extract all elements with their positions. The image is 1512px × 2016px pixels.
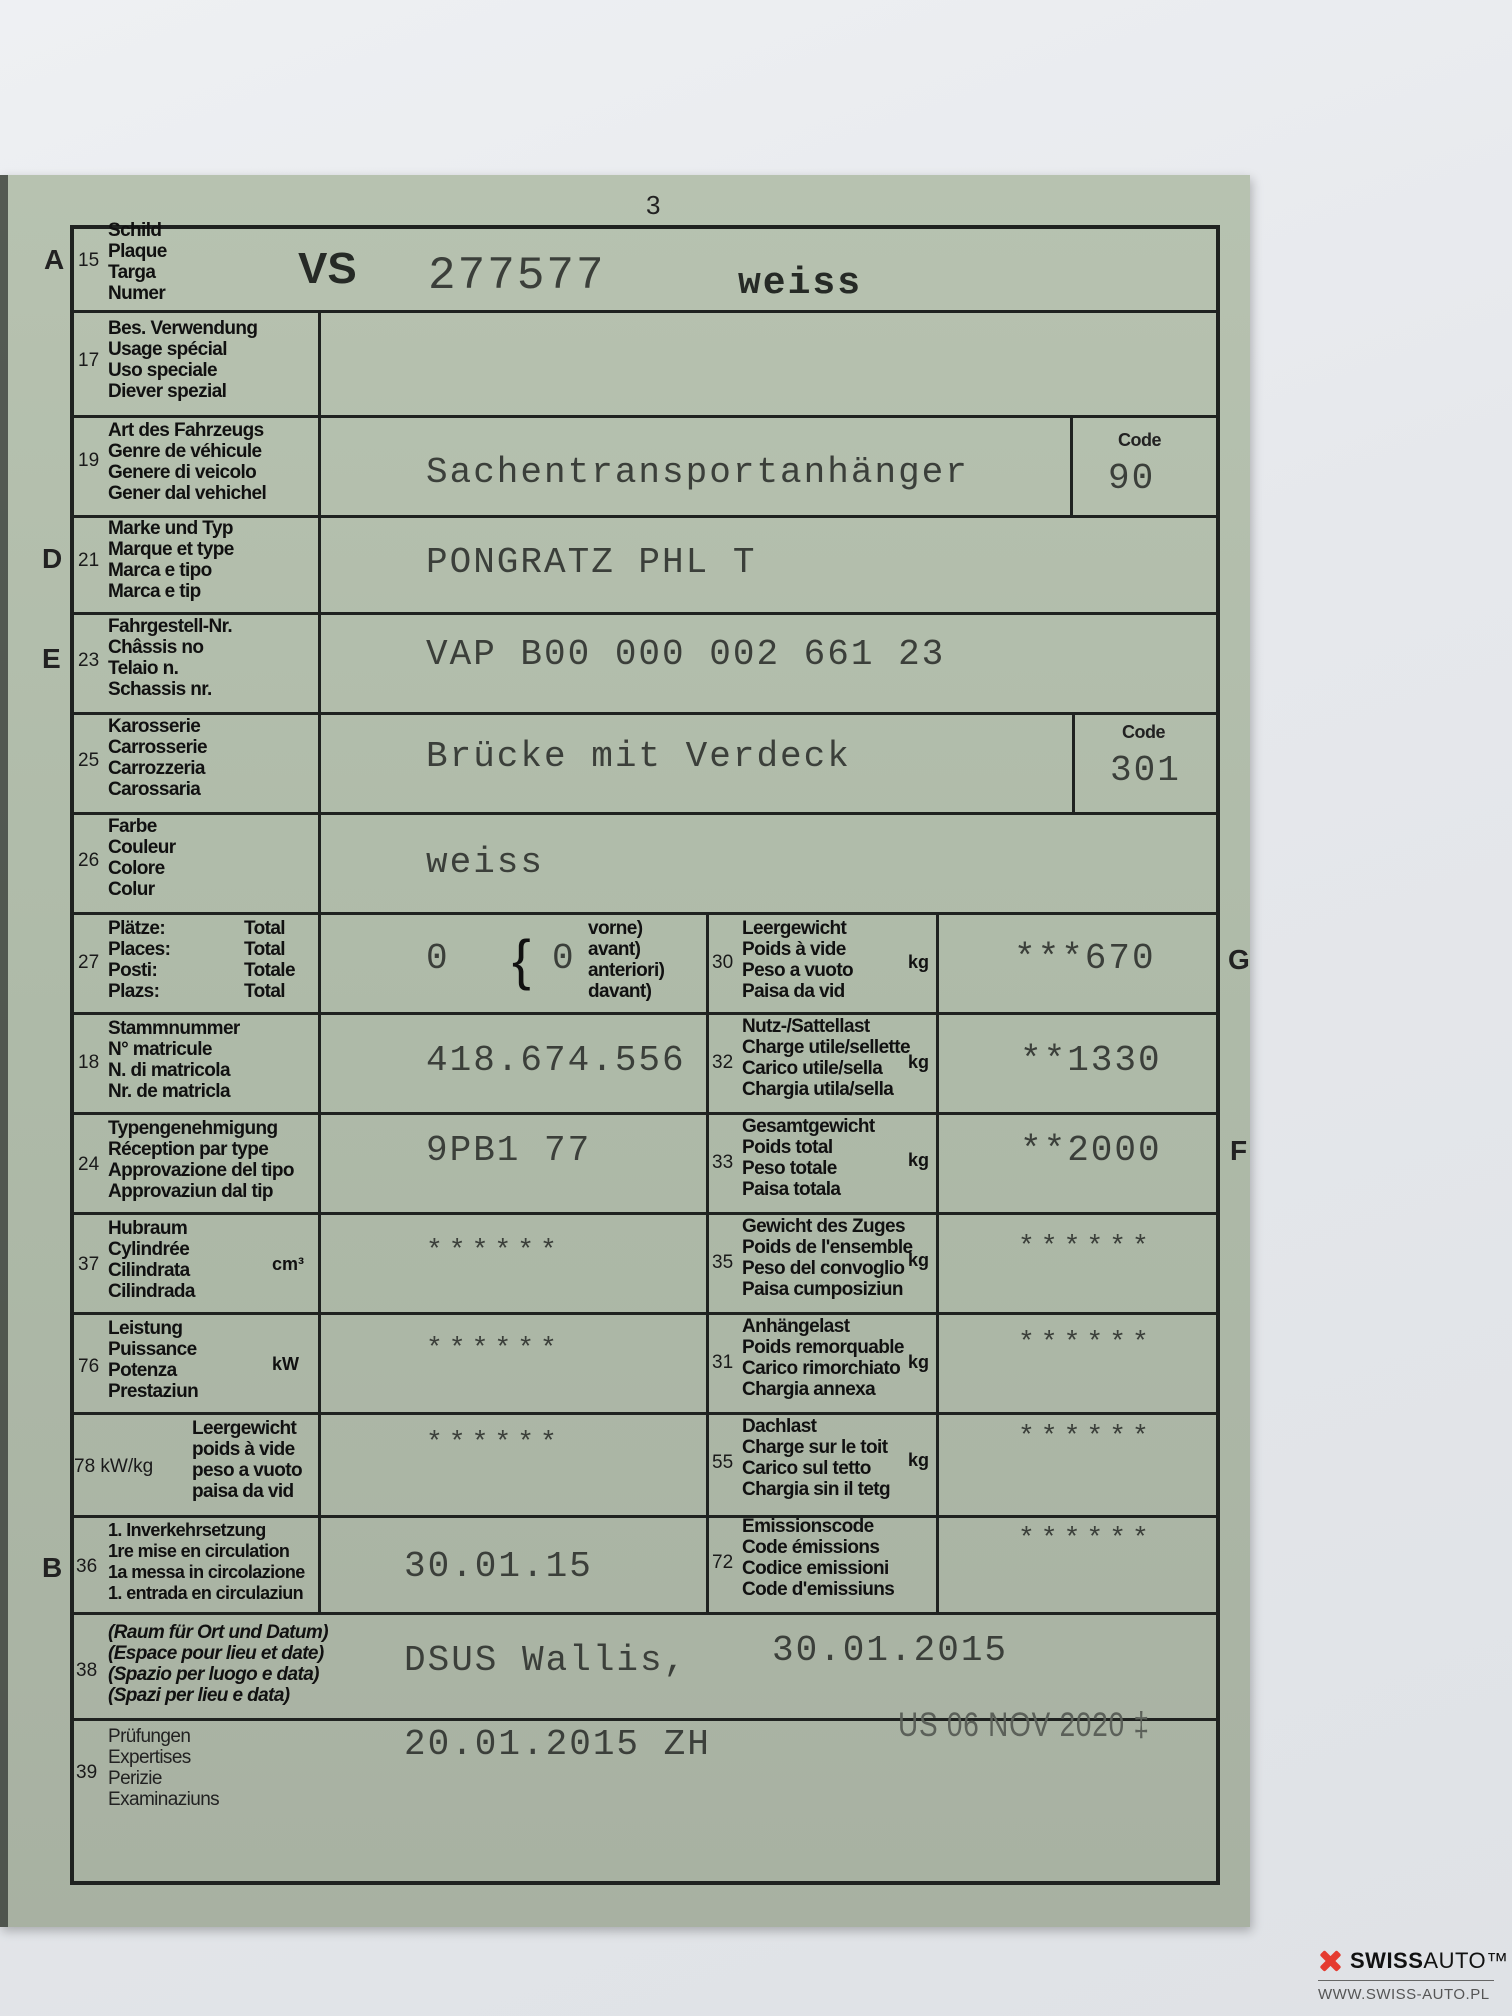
field-number: 25	[78, 750, 99, 772]
row-divider	[70, 1212, 1220, 1215]
chassis-number-value: VAP B00 000 002 661 23	[426, 634, 945, 675]
row-divider	[70, 1312, 1220, 1315]
field-27-front-label: vorne)avant)anteriori)davant)	[588, 918, 664, 1002]
type-approval-value: 9PB1 77	[426, 1130, 591, 1171]
inspection-value: 20.01.2015 ZH	[404, 1724, 711, 1765]
brand-divider	[1318, 1980, 1494, 1981]
field-number: 39	[76, 1762, 97, 1784]
vehicle-type-code: 90	[1108, 458, 1155, 499]
row-divider	[70, 415, 1220, 418]
issue-date-value: 30.01.2015	[772, 1630, 1008, 1671]
roof-load-value: ******	[1018, 1422, 1155, 1453]
seats-front-value: 0	[552, 938, 576, 979]
field-19-label: Art des FahrzeugsGenre de véhiculeGenere…	[108, 420, 266, 504]
row-divider	[70, 1112, 1220, 1115]
field-number: 35	[712, 1252, 733, 1274]
row-divider	[70, 1612, 1220, 1615]
side-letter-b: B	[42, 1552, 62, 1584]
field-number: 31	[712, 1352, 733, 1374]
field-number: 18	[78, 1052, 99, 1074]
field-21-label: Marke und TypMarque et typeMarca e tipoM…	[108, 518, 234, 602]
body-type-value: Brücke mit Verdeck	[426, 736, 851, 777]
body-type-code: 301	[1110, 750, 1181, 791]
unit-label: kg	[908, 1052, 929, 1073]
swissauto-logo: SWISSAUTO™	[1318, 1948, 1509, 1974]
empty-weight-value: ***670	[1014, 938, 1156, 979]
field-number: 33	[712, 1152, 733, 1174]
plate-number: 277577	[428, 250, 606, 302]
row-divider	[70, 1412, 1220, 1415]
row-divider	[70, 812, 1220, 815]
registration-number-value: 418.674.556	[426, 1040, 686, 1081]
field-number: 17	[78, 350, 99, 372]
field-number: 24	[78, 1154, 99, 1176]
field-55-label: DachlastCharge sur le toitCarico sul tet…	[742, 1416, 890, 1500]
unit-label: kW	[272, 1354, 299, 1375]
side-letter-e: E	[42, 643, 61, 675]
unit-label: kg	[908, 952, 929, 973]
previous-page-edge	[0, 175, 8, 1927]
field-32-label: Nutz-/SattellastCharge utile/selletteCar…	[742, 1016, 910, 1100]
field-23-label: Fahrgestell-Nr.Châssis noTelaio n.Schass…	[108, 616, 232, 700]
field-76-label: LeistungPuissancePotenzaPrestaziun	[108, 1318, 198, 1402]
field-15-label: SchildPlaqueTargaNumer	[108, 220, 167, 304]
code-label: Code	[1118, 430, 1161, 451]
emission-code-value: ******	[1018, 1524, 1155, 1555]
right-label-divider	[936, 912, 939, 1615]
row-divider	[70, 712, 1220, 715]
side-letter-a: A	[44, 244, 64, 276]
side-letter-f: F	[1230, 1135, 1247, 1167]
unit-label: kg	[908, 1250, 929, 1271]
field-number: 23	[78, 650, 99, 672]
row-divider	[70, 310, 1220, 313]
code-column-divider	[1072, 712, 1075, 812]
field-33-label: GesamtgewichtPoids totalPeso totalePaisa…	[742, 1116, 875, 1200]
power-value: ******	[426, 1334, 563, 1365]
unit-label: cm³	[272, 1254, 304, 1275]
make-type-value: PONGRATZ PHL T	[426, 542, 756, 583]
row-divider	[70, 1515, 1220, 1518]
brace: {	[512, 912, 530, 1008]
field-36-label: 1. Inverkehrsetzung1re mise en circulati…	[108, 1520, 305, 1604]
field-27-total-label: TotalTotalTotaleTotal	[244, 918, 295, 1002]
payload-value: **1330	[1020, 1040, 1162, 1081]
unit-label: kg	[908, 1450, 929, 1471]
row-divider	[70, 612, 1220, 615]
field-number: 78 kW/kg	[74, 1456, 153, 1478]
field-37-label: HubraumCylindréeCilindrataCilindrada	[108, 1218, 195, 1302]
side-letter-d: D	[42, 543, 62, 575]
field-38-label: (Raum für Ort und Datum)(Espace pour lie…	[108, 1622, 328, 1706]
field-18-label: StammnummerN° matriculeN. di matricolaNr…	[108, 1018, 240, 1102]
first-registration-value: 30.01.15	[404, 1546, 593, 1587]
field-number: 15	[78, 250, 99, 272]
plate-color: weiss	[738, 262, 862, 305]
color-value: weiss	[426, 842, 544, 883]
field-24-label: TypengenehmigungRéception par typeApprov…	[108, 1118, 294, 1202]
field-25-label: KarosserieCarrosserieCarrozzeriaCarossar…	[108, 716, 207, 800]
field-27-label: Plätze:Places:Posti:Plazs:	[108, 918, 170, 1002]
row-divider	[70, 912, 1220, 915]
inspection-stamp: US 06 NOV 2020 ‡	[898, 1706, 1150, 1745]
row-divider	[70, 1012, 1220, 1015]
mid-column-divider	[706, 912, 709, 1615]
field-number: 38	[76, 1660, 97, 1682]
side-letter-g: G	[1228, 944, 1250, 976]
field-number: 30	[712, 952, 733, 974]
field-number: 32	[712, 1052, 733, 1074]
field-number: 26	[78, 850, 99, 872]
field-26-label: FarbeCouleurColoreColur	[108, 816, 176, 900]
field-number: 36	[76, 1556, 97, 1578]
brand-name: SWISSAUTO™	[1350, 1948, 1509, 1974]
field-number: 72	[712, 1552, 733, 1574]
field-number: 21	[78, 550, 99, 572]
issue-place-value: DSUS Wallis,	[404, 1640, 687, 1681]
total-weight-value: **2000	[1020, 1130, 1162, 1171]
field-17-label: Bes. VerwendungUsage spécialUso speciale…	[108, 318, 257, 402]
power-weight-ratio-value: ******	[426, 1428, 563, 1459]
row-divider	[70, 515, 1220, 518]
label-column-divider	[318, 310, 321, 1615]
field-72-label: EmissionscodeCode émissionsCodice emissi…	[742, 1516, 894, 1600]
trailer-load-value: ******	[1018, 1328, 1155, 1359]
unit-label: kg	[908, 1352, 929, 1373]
field-number: 27	[78, 952, 99, 974]
field-number: 76	[78, 1356, 99, 1378]
field-31-label: AnhängelastPoids remorquableCarico rimor…	[742, 1316, 904, 1400]
unit-label: kg	[908, 1150, 929, 1171]
field-35-label: Gewicht des ZugesPoids de l'ensemblePeso…	[742, 1216, 913, 1300]
field-78-label: Leergewichtpoids à videpeso a vuotopaisa…	[192, 1418, 302, 1502]
field-number: 19	[78, 450, 99, 472]
code-label: Code	[1122, 722, 1165, 743]
vehicle-type-value: Sachentransportanhänger	[426, 452, 969, 493]
page-number: 3	[646, 190, 660, 221]
seats-total-value: 0	[426, 938, 450, 979]
combination-weight-value: ******	[1018, 1232, 1155, 1263]
field-30-label: LeergewichtPoids à videPeso a vuotoPaisa…	[742, 918, 853, 1002]
field-number: 55	[712, 1452, 733, 1474]
displacement-value: ******	[426, 1236, 563, 1267]
field-39-label: PrüfungenExpertisesPerizieExaminaziuns	[108, 1726, 219, 1810]
plate-canton: VS	[298, 244, 357, 294]
field-number: 37	[78, 1254, 99, 1276]
swiss-cross-icon	[1318, 1949, 1342, 1973]
brand-url: WWW.SWISS-AUTO.PL	[1318, 1986, 1490, 2003]
code-column-divider	[1070, 415, 1073, 515]
